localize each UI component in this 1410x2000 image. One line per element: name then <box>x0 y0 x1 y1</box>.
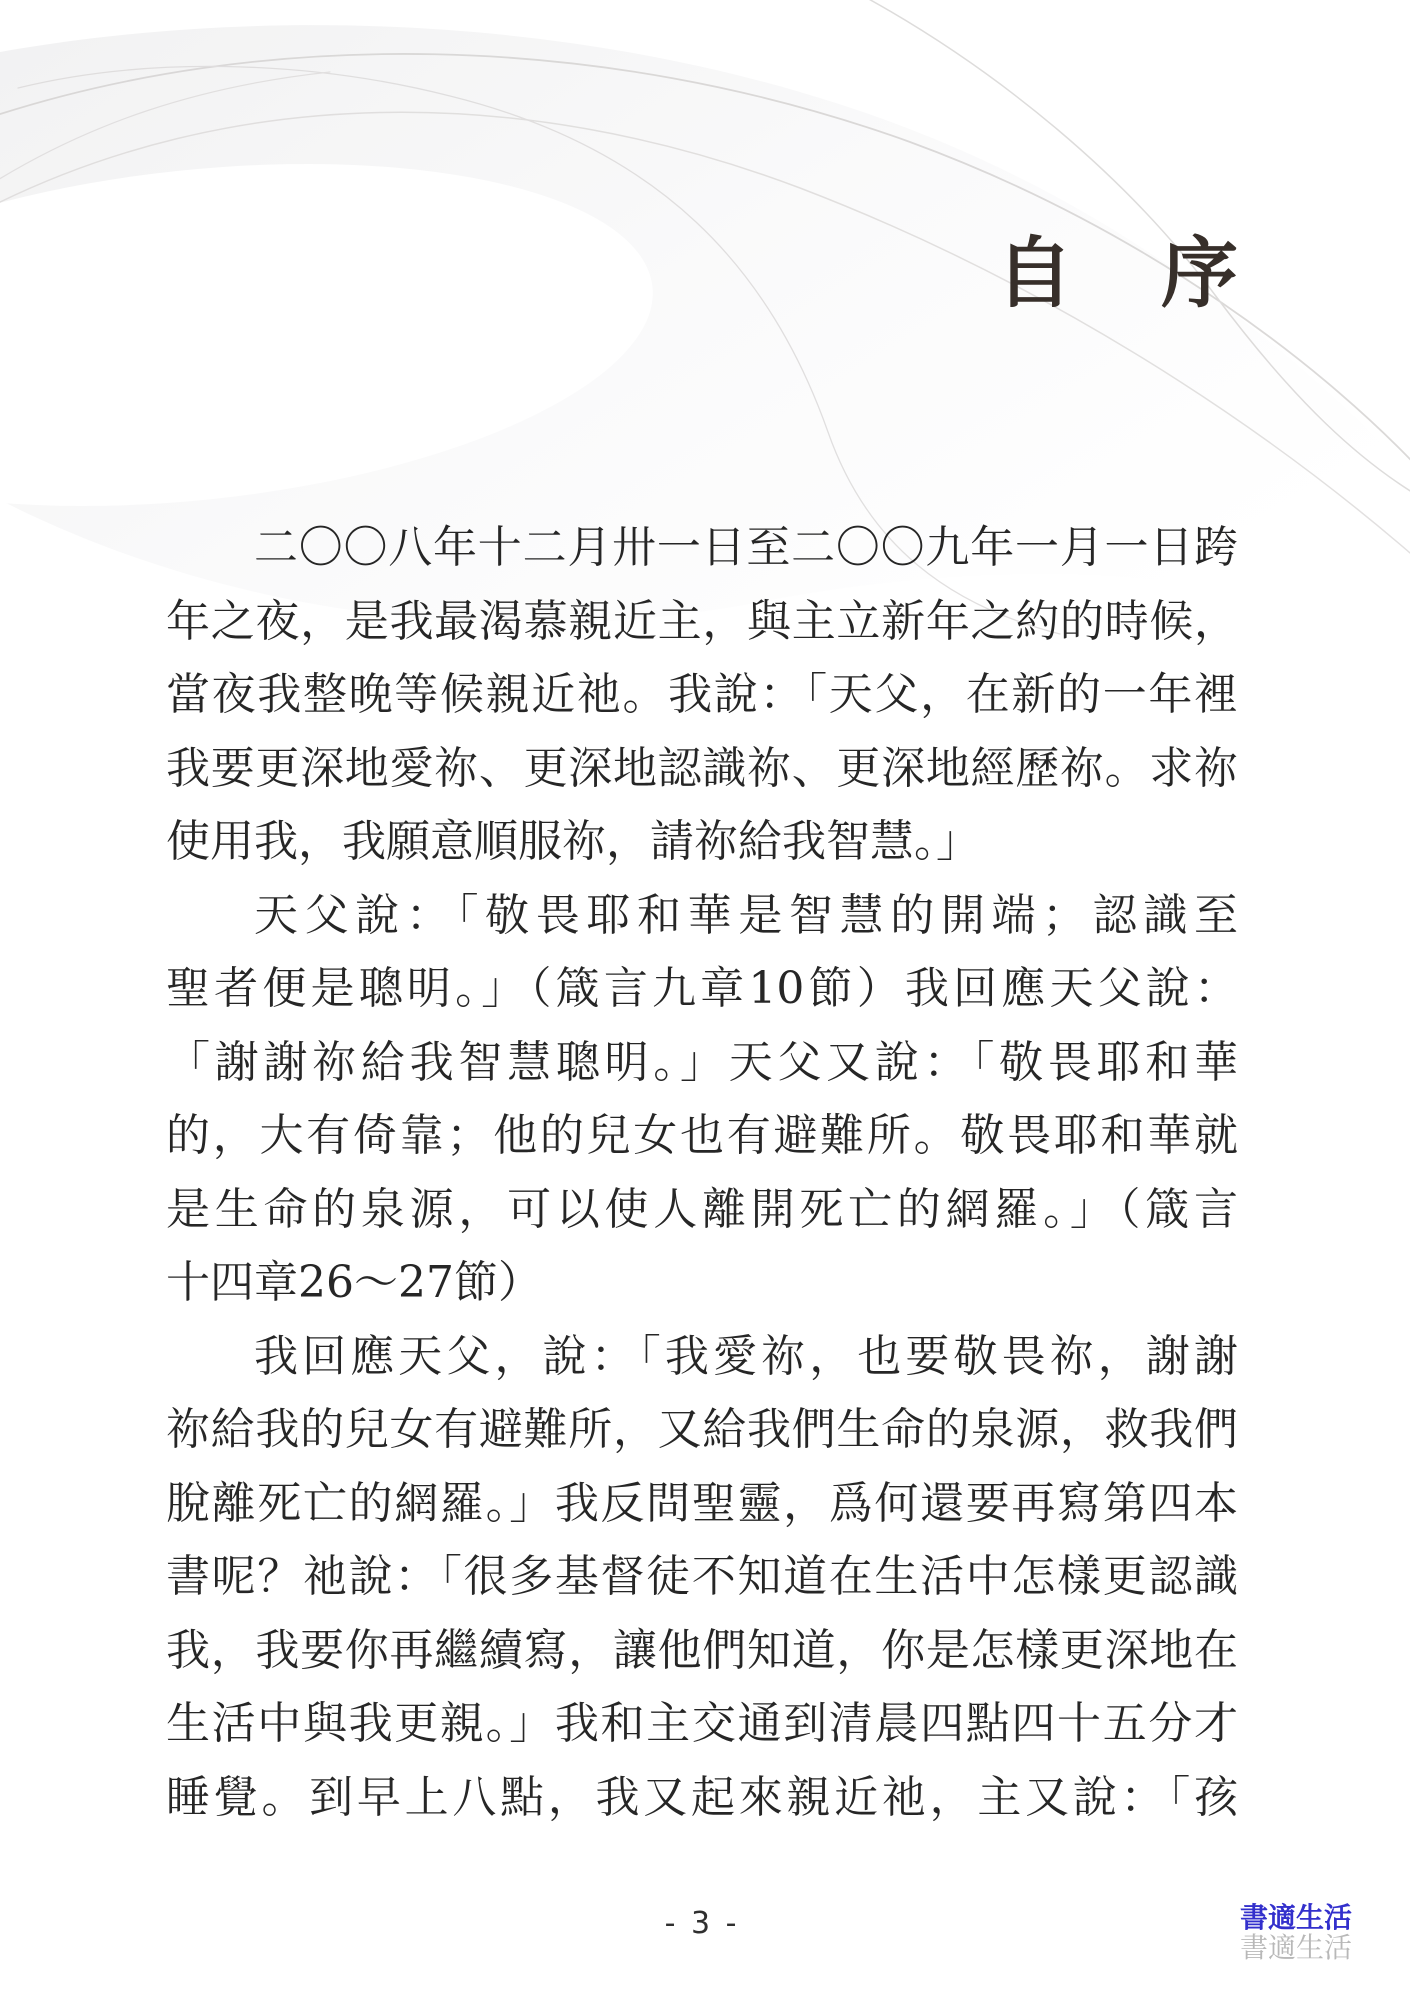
page-title-char-2: 序 <box>1161 236 1238 313</box>
watermark-reflection: 書適生活 <box>1240 1933 1352 1963</box>
text-line: 我要更深地愛祢、更深地認識祢、更深地經歷祢。求祢 <box>166 732 1238 806</box>
page-number: - 3 - <box>166 1906 1238 1941</box>
text-line: 使用我，我願意順服祢，請祢給我智慧。」 <box>166 805 1238 879</box>
text-line: 二〇〇八年十二月卅一日至二〇〇九年一月一日跨 <box>166 511 1238 585</box>
text-line: 聖者便是聰明。」（箴言九章10節）我回應天父說： <box>166 952 1238 1026</box>
text-line: 我，我要你再繼續寫，讓他們知道，你是怎樣更深地在 <box>166 1614 1238 1688</box>
text-line: 我回應天父，說：「我愛祢，也要敬畏祢，謝謝 <box>166 1320 1238 1394</box>
book-page: 自 序 二〇〇八年十二月卅一日至二〇〇九年一月一日跨 年之夜，是我最渴慕親近主，… <box>0 0 1410 2000</box>
text-line: 當夜我整晚等候親近祂。我說：「天父，在新的一年裡 <box>166 658 1238 732</box>
text-line: 是生命的泉源，可以使人離開死亡的網羅。」（箴言 <box>166 1173 1238 1247</box>
text-line: 脫離死亡的網羅。」我反問聖靈，爲何還要再寫第四本 <box>166 1467 1238 1541</box>
text-line: 書呢？祂說：「很多基督徒不知道在生活中怎樣更認識 <box>166 1540 1238 1614</box>
text-line: 「謝謝祢給我智慧聰明。」天父又說：「敬畏耶和華 <box>166 1026 1238 1100</box>
publisher-watermark: 書適生活 書適生活 <box>1240 1903 1352 1963</box>
text-line: 的，大有倚靠；他的兒女也有避難所。敬畏耶和華就 <box>166 1099 1238 1173</box>
page-title-char-1: 自 <box>996 236 1073 313</box>
page-title: 自 序 <box>996 236 1238 313</box>
watermark-primary: 書適生活 <box>1240 1903 1352 1933</box>
text-line: 年之夜，是我最渴慕親近主，與主立新年之約的時候， <box>166 585 1238 659</box>
text-line: 睡覺。到早上八點，我又起來親近祂，主又說：「孩 <box>166 1761 1238 1835</box>
text-line: 生活中與我更親。」我和主交通到清晨四點四十五分才 <box>166 1687 1238 1761</box>
preface-body: 二〇〇八年十二月卅一日至二〇〇九年一月一日跨 年之夜，是我最渴慕親近主，與主立新… <box>166 511 1238 1834</box>
text-line: 祢給我的兒女有避難所，又給我們生命的泉源，救我們 <box>166 1393 1238 1467</box>
text-line: 天父說：「敬畏耶和華是智慧的開端；認識至 <box>166 879 1238 953</box>
text-line: 十四章26～27節） <box>166 1246 1238 1320</box>
